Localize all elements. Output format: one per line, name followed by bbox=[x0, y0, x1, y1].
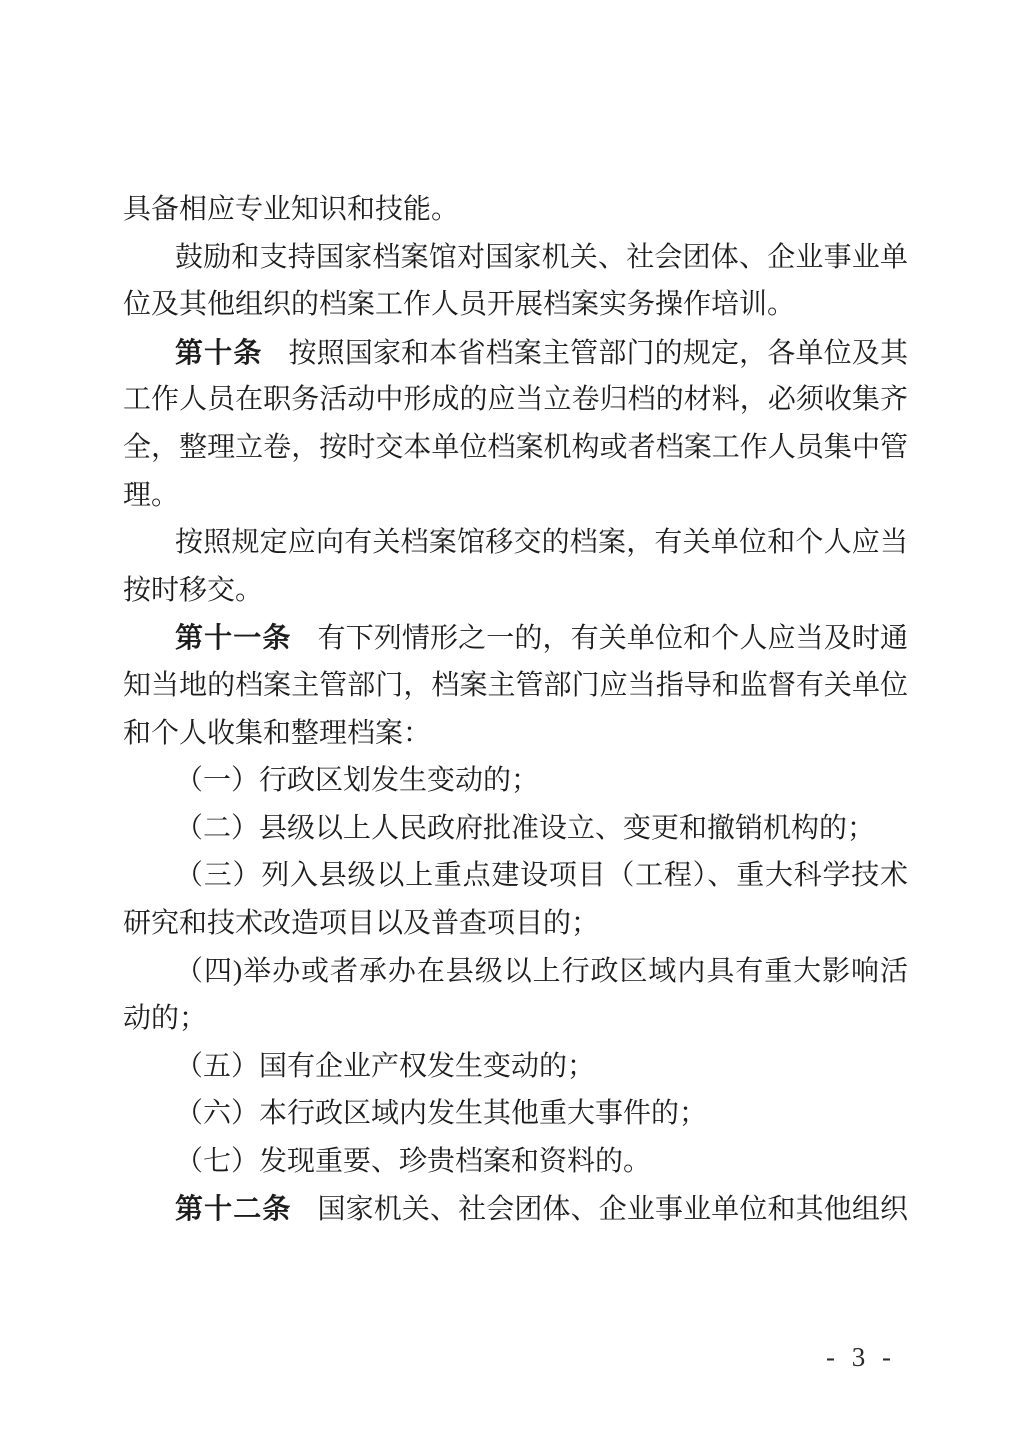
text-line: 动的； bbox=[123, 995, 908, 1043]
line-text: 研究和技术改造项目以及普查项目的； bbox=[123, 908, 599, 939]
article-line: 第十条按照国家和本省档案主管部门的规定，各单位及其 bbox=[123, 329, 908, 377]
text-line: 和个人收集和整理档案： bbox=[123, 710, 908, 758]
text-line: 按照规定应向有关档案馆移交的档案，有关单位和个人应当 bbox=[123, 519, 908, 567]
line-text: 按时移交。 bbox=[123, 575, 263, 606]
line-text: （七）发现重要、珍贵档案和资料的。 bbox=[175, 1146, 651, 1177]
text-line: 具备相应专业知识和技能。 bbox=[123, 186, 908, 234]
line-text: （四)举办或者承办在县级以上行政区域内具有重大影响活 bbox=[175, 956, 908, 987]
document-page: 具备相应专业知识和技能。鼓励和支持国家档案馆对国家机关、社会团体、企业事业单位及… bbox=[0, 0, 1024, 1448]
text-line: 研究和技术改造项目以及普查项目的； bbox=[123, 900, 908, 948]
text-line: 全，整理立卷，按时交本单位档案机构或者档案工作人员集中管 bbox=[123, 424, 908, 472]
line-text: 工作人员在职务活动中形成的应当立卷归档的材料，必须收集齐 bbox=[123, 384, 908, 415]
article-number: 第十一条 bbox=[175, 622, 292, 653]
text-line: 知当地的档案主管部门，档案主管部门应当指导和监督有关单位 bbox=[123, 662, 908, 710]
line-text: （三）列入县级以上重点建设项目（工程）、重大科学技术 bbox=[175, 860, 908, 891]
text-line: 按时移交。 bbox=[123, 567, 908, 615]
text-line: （四)举办或者承办在县级以上行政区域内具有重大影响活 bbox=[123, 948, 908, 996]
text-line: （七）发现重要、珍贵档案和资料的。 bbox=[123, 1138, 908, 1186]
line-text: （六）本行政区域内发生其他重大事件的； bbox=[175, 1098, 707, 1129]
line-text: 鼓励和支持国家档案馆对国家机关、社会团体、企业事业单 bbox=[175, 242, 908, 273]
line-text: 知当地的档案主管部门，档案主管部门应当指导和监督有关单位 bbox=[123, 670, 908, 701]
document-text-block: 具备相应专业知识和技能。鼓励和支持国家档案馆对国家机关、社会团体、企业事业单位及… bbox=[123, 186, 908, 1233]
text-line: （二）县级以上人民政府批准设立、变更和撤销机构的； bbox=[123, 805, 908, 853]
line-text: 理。 bbox=[123, 480, 179, 511]
text-line: 工作人员在职务活动中形成的应当立卷归档的材料，必须收集齐 bbox=[123, 376, 908, 424]
text-line: （六）本行政区域内发生其他重大事件的； bbox=[123, 1090, 908, 1138]
line-text: 全，整理立卷，按时交本单位档案机构或者档案工作人员集中管 bbox=[123, 432, 908, 463]
line-text: 动的； bbox=[123, 1003, 207, 1034]
line-text: 按照国家和本省档案主管部门的规定，各单位及其 bbox=[289, 338, 908, 369]
text-line: 鼓励和支持国家档案馆对国家机关、社会团体、企业事业单 bbox=[123, 234, 908, 282]
text-line: （五）国有企业产权发生变动的； bbox=[123, 1043, 908, 1091]
text-line: 位及其他组织的档案工作人员开展档案实务操作培训。 bbox=[123, 281, 908, 329]
line-text: （一）行政区划发生变动的； bbox=[175, 765, 539, 796]
line-text: 位及其他组织的档案工作人员开展档案实务操作培训。 bbox=[123, 289, 795, 320]
line-text: 具备相应专业知识和技能。 bbox=[123, 194, 459, 225]
line-text: 和个人收集和整理档案： bbox=[123, 718, 431, 749]
line-text: （二）县级以上人民政府批准设立、变更和撤销机构的； bbox=[175, 813, 875, 844]
article-number: 第十条 bbox=[175, 337, 263, 368]
text-line: 理。 bbox=[123, 472, 908, 520]
article-line: 第十二条国家机关、社会团体、企业事业单位和其他组织 bbox=[123, 1185, 908, 1233]
line-text: （五）国有企业产权发生变动的； bbox=[175, 1051, 595, 1082]
text-line: （一）行政区划发生变动的； bbox=[123, 757, 908, 805]
article-number: 第十二条 bbox=[175, 1193, 292, 1224]
page-number: - 3 - bbox=[826, 1342, 896, 1373]
line-text: 国家机关、社会团体、企业事业单位和其他组织 bbox=[318, 1194, 908, 1225]
line-text: 按照规定应向有关档案馆移交的档案，有关单位和个人应当 bbox=[175, 527, 908, 558]
text-line: （三）列入县级以上重点建设项目（工程）、重大科学技术 bbox=[123, 852, 908, 900]
line-text: 有下列情形之一的，有关单位和个人应当及时通 bbox=[318, 623, 908, 654]
article-line: 第十一条有下列情形之一的，有关单位和个人应当及时通 bbox=[123, 614, 908, 662]
